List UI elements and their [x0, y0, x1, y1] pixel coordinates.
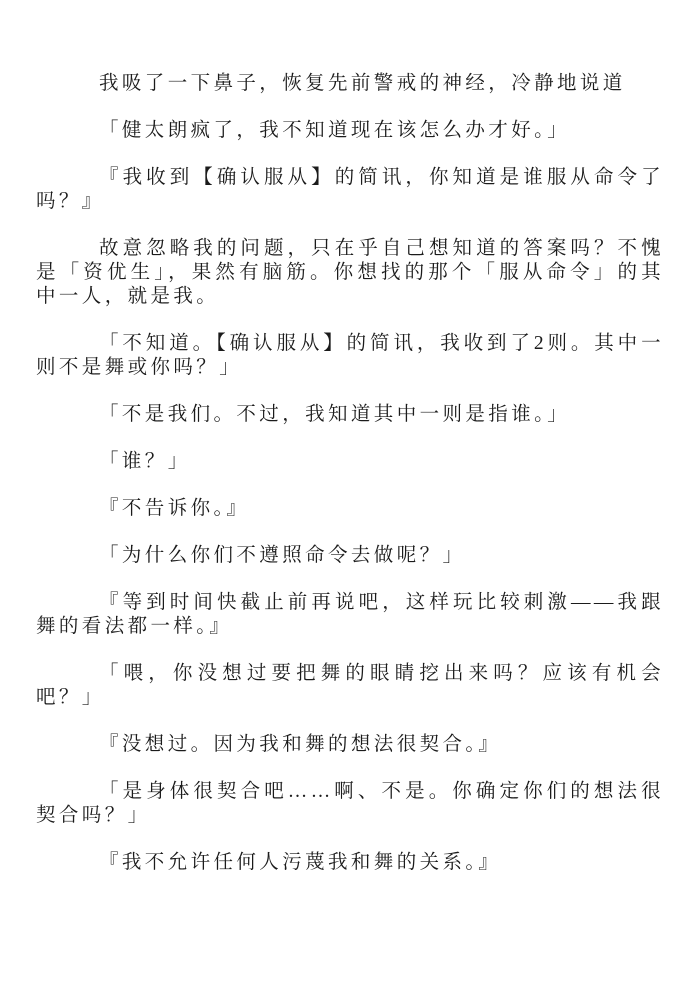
- paragraph-dialogue: 『不告诉你。』: [36, 497, 664, 521]
- novel-text-page: 我吸了一下鼻子，恢复先前警戒的神经，冷静地说道 「健太朗疯了，我不知道现在该怎么…: [0, 0, 700, 992]
- paragraph-dialogue: 「为什么你们不遵照命令去做呢？」: [36, 544, 664, 568]
- paragraph-dialogue: 「谁？」: [36, 450, 664, 474]
- paragraph-dialogue: 『等到时间快截止前再说吧，这样玩比较刺激——我跟舞的看法都一样。』: [36, 591, 664, 639]
- paragraph-dialogue: 「喂，你没想过要把舞的眼睛挖出来吗？应该有机会吧？」: [36, 662, 664, 710]
- paragraph-dialogue: 『我收到【确认服从】的简讯，你知道是谁服从命令了吗？』: [36, 166, 664, 214]
- paragraph-dialogue: 『我不允许任何人污蔑我和舞的关系。』: [36, 851, 664, 875]
- paragraph-narration: 故意忽略我的问题，只在乎自己想知道的答案吗？不愧是「资优生」，果然有脑筋。你想找…: [36, 237, 664, 309]
- paragraph-dialogue: 「是身体很契合吧……啊、不是。你确定你们的想法很契合吗？」: [36, 780, 664, 828]
- paragraph-dialogue: 『没想过。因为我和舞的想法很契合。』: [36, 733, 664, 757]
- paragraph-dialogue: 「不知道。【确认服从】的简讯，我收到了2则。其中一则不是舞或你吗？」: [36, 332, 664, 380]
- paragraph-dialogue: 「不是我们。不过，我知道其中一则是指谁。」: [36, 403, 664, 427]
- paragraph-dialogue: 「健太朗疯了，我不知道现在该怎么办才好。」: [36, 119, 664, 143]
- paragraph-narration: 我吸了一下鼻子，恢复先前警戒的神经，冷静地说道: [36, 72, 664, 96]
